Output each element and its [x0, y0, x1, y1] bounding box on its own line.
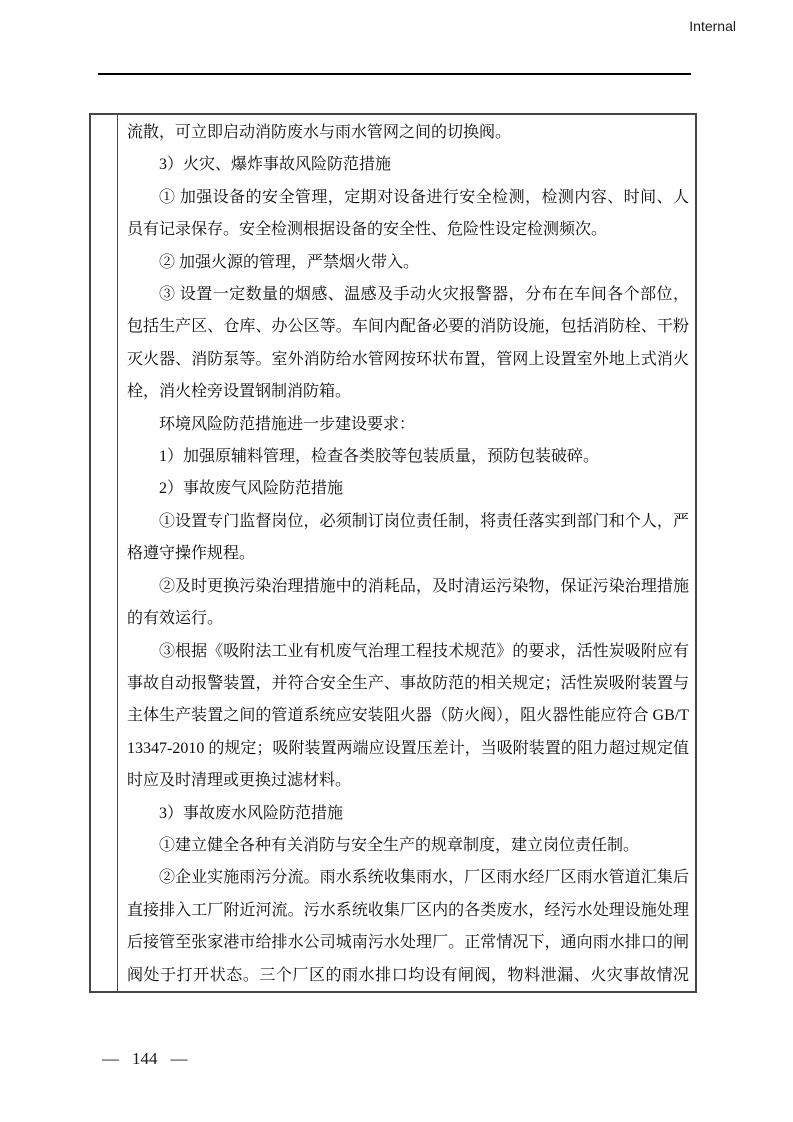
- paragraph: ②企业实施雨污分流。雨水系统收集雨水，厂区雨水经厂区雨水管道汇集后直接排入工厂附…: [127, 862, 689, 991]
- paragraph: ① 加强设备的安全管理，定期对设备进行安全检测，检测内容、时间、人员有记录保存。…: [127, 182, 689, 247]
- paragraph: ② 加强火源的管理，严禁烟火带入。: [127, 247, 689, 279]
- paragraph: 3）事故废水风险防范措施: [127, 798, 689, 830]
- paragraph: ③ 设置一定数量的烟感、温感及手动火灾报警器，分布在车间各个部位，包括生产区、仓…: [127, 279, 689, 409]
- paragraph: 2）事故废气风险防范措施: [127, 473, 689, 505]
- page-footer: —144—: [102, 1049, 188, 1069]
- paragraph: 3）火灾、爆炸事故风险防范措施: [127, 149, 689, 181]
- footer-left-dash: —: [102, 1049, 119, 1068]
- paragraph: ①建立健全各种有关消防与安全生产的规章制度，建立岗位责任制。: [127, 830, 689, 862]
- paragraph: ②及时更换污染治理措施中的消耗品，及时清运污染物，保证污染治理措施的有效运行。: [127, 571, 689, 636]
- page-number: 144: [132, 1049, 158, 1068]
- footer-right-dash: —: [171, 1049, 188, 1068]
- header-rule: [98, 73, 691, 75]
- document-page: Internal 流散，可立即启动消防废水与雨水管网之间的切换阀。3）火灾、爆炸…: [0, 0, 793, 1122]
- header-classification-label: Internal: [689, 18, 736, 34]
- paragraph: 环境风险防范措施进一步建设要求：: [127, 409, 689, 441]
- paragraph: 1）加强原辅料管理，检查各类胶等包装质量，预防包装破碎。: [127, 441, 689, 473]
- document-table: 流散，可立即启动消防废水与雨水管网之间的切换阀。3）火灾、爆炸事故风险防范措施①…: [89, 113, 697, 993]
- paragraph: 流散，可立即启动消防废水与雨水管网之间的切换阀。: [127, 117, 689, 149]
- table-stub-column: [91, 115, 118, 991]
- paragraph: ①设置专门监督岗位，必须制订岗位责任制，将责任落实到部门和个人，严格遵守操作规程…: [127, 506, 689, 571]
- paragraph: ③根据《吸附法工业有机废气治理工程技术规范》的要求，活性炭吸附应有事故自动报警装…: [127, 636, 689, 798]
- table-content-cell: 流散，可立即启动消防废水与雨水管网之间的切换阀。3）火灾、爆炸事故风险防范措施①…: [118, 115, 695, 991]
